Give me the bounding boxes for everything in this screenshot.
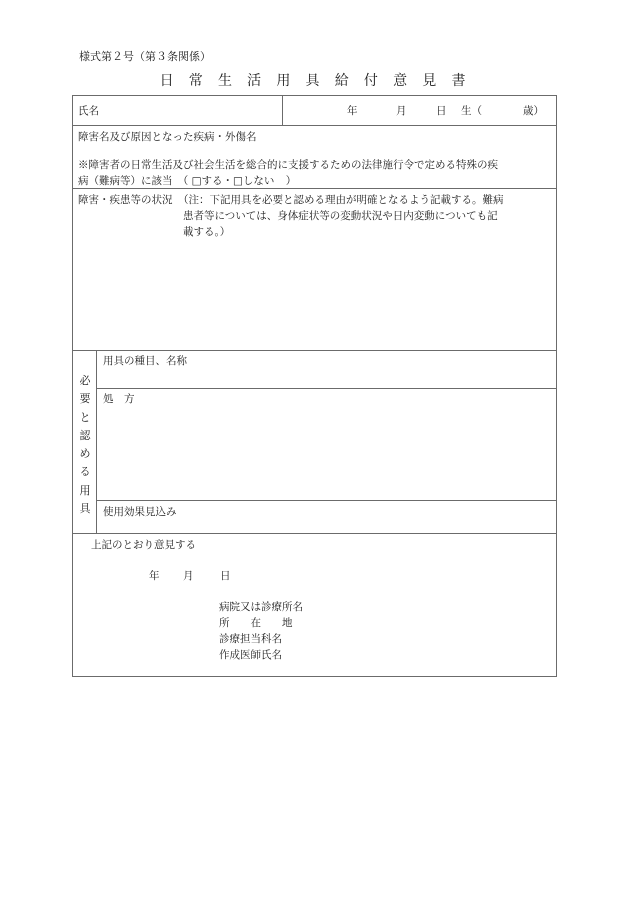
condition-note-line3: 載する。） xyxy=(183,224,230,239)
date-month-label[interactable]: 月 xyxy=(183,568,194,583)
prescription-label[interactable]: 処 方 xyxy=(103,391,135,406)
title-char: 見 xyxy=(415,70,444,90)
option-yes-checkbox[interactable]: □する xyxy=(192,175,223,187)
equipment-section-label: 必 要 と 認 め る 用 具 xyxy=(78,372,92,518)
column-divider xyxy=(96,350,97,533)
option-separator: ・ xyxy=(223,175,234,187)
date-year-label[interactable]: 年 xyxy=(149,568,160,583)
expected-effect-label[interactable]: 使用効果見込み xyxy=(103,504,177,519)
title-char: 書 xyxy=(444,70,473,90)
title-char: 生 xyxy=(210,70,239,90)
title-char: 常 xyxy=(181,70,210,90)
side-char: と xyxy=(78,409,92,427)
department-label[interactable]: 診療担当科名 xyxy=(219,631,282,646)
row-divider xyxy=(72,533,557,534)
side-char: 必 xyxy=(78,372,92,390)
address-label[interactable]: 所 在 地 xyxy=(219,615,293,630)
title-char: 具 xyxy=(298,70,327,90)
side-char: め xyxy=(78,445,92,463)
side-char: る xyxy=(78,463,92,481)
hospital-name-label[interactable]: 病院又は診療所名 xyxy=(219,599,303,614)
birth-day-label[interactable]: 日 xyxy=(436,103,447,118)
side-char: 要 xyxy=(78,390,92,408)
special-disease-note: ※障害者の日常生活及び社会生活を総合的に支援するための法律施行令で定める特殊の疾 xyxy=(78,157,498,172)
date-day-label[interactable]: 日 xyxy=(220,568,231,583)
side-char: 具 xyxy=(78,500,92,518)
condition-label[interactable]: 障害・疾患等の状況 xyxy=(78,192,173,207)
name-label[interactable]: 氏名 xyxy=(78,103,99,118)
row-divider xyxy=(72,188,557,189)
applicability-prefix: 病（難病等）に該当 （ xyxy=(78,175,188,187)
title-char: 付 xyxy=(356,70,385,90)
title-char: 日 xyxy=(152,70,181,90)
row-divider xyxy=(96,500,557,501)
condition-note-line2: 患者等については、身体症状等の変動状況や日内変動についても記 xyxy=(183,208,498,223)
condition-note-line1: （注：下記用具を必要と認める理由が明確となるよう記載する。難病 xyxy=(178,192,504,207)
option-no-checkbox[interactable]: □しない xyxy=(233,175,274,187)
title-char: 給 xyxy=(327,70,356,90)
doctor-name-label[interactable]: 作成医師氏名 xyxy=(219,647,282,662)
age-suffix[interactable]: 歳） xyxy=(523,103,544,118)
row-divider xyxy=(96,388,557,389)
page-title: 日常生活用具給付意見書 xyxy=(152,70,473,90)
title-char: 活 xyxy=(240,70,269,90)
birth-month-label[interactable]: 月 xyxy=(396,103,407,118)
special-disease-applicability: 病（難病等）に該当 （ □する・□しない ） xyxy=(78,173,296,188)
side-char: 認 xyxy=(78,427,92,445)
disease-name-label[interactable]: 障害名及び原因となった疾病・外傷名 xyxy=(78,129,257,144)
item-name-label[interactable]: 用具の種目、名称 xyxy=(103,353,187,368)
statement-text: 上記のとおり意見する xyxy=(91,537,196,552)
row-divider xyxy=(72,350,557,351)
birth-suffix: 生（ xyxy=(461,103,482,118)
birth-year-label[interactable]: 年 xyxy=(347,103,358,118)
applicability-suffix: ） xyxy=(286,175,297,187)
side-char: 用 xyxy=(78,482,92,500)
column-divider xyxy=(282,95,283,125)
form-number: 様式第２号（第３条関係） xyxy=(79,48,211,64)
title-char: 用 xyxy=(269,70,298,90)
title-char: 意 xyxy=(386,70,415,90)
row-divider xyxy=(72,125,557,126)
